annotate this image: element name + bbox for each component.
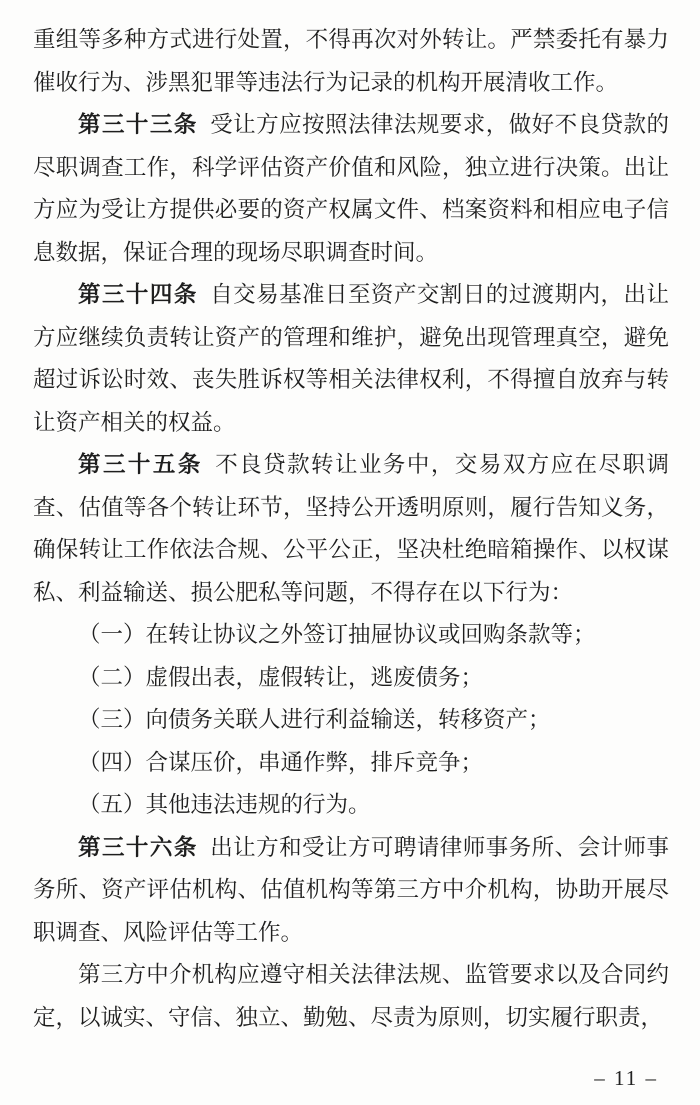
document-body: 重组等多种方式进行处置，不得再次对外转让。严禁委托有暴力催收行为、涉黑犯罪等违法… [33,19,669,1039]
paragraph-article-34: 第三十四条自交易基准日至资产交割日的过渡期内，出让方应继续负责转让资产的管理和维… [33,274,669,444]
article-number-35: 第三十五条 [78,452,203,477]
paragraph-third-party: 第三方中介机构应遵守相关法律法规、监管要求以及合同约定，以诚实、守信、独立、勤勉… [33,954,669,1039]
article-number-34: 第三十四条 [78,282,198,307]
list-item-5: （五）其他违法违规的行为。 [33,784,669,827]
page-number: – 11 – [594,1066,658,1091]
list-item-2: （二）虚假出表，虚假转让，逃废债务； [33,657,669,700]
list-item-4: （四）合谋压价，串通作弊，排斥竞争； [33,742,669,785]
article-number-33: 第三十三条 [78,112,198,137]
article-number-36: 第三十六条 [78,835,198,860]
list-item-1: （一）在转让协议之外签订抽屉协议或回购条款等； [33,614,669,657]
paragraph-article-36: 第三十六条出让方和受让方可聘请律师事务所、会计师事务所、资产评估机构、估值机构等… [33,827,669,955]
list-item-3: （三）向债务关联人进行利益输送，转移资产； [33,699,669,742]
document-page: 重组等多种方式进行处置，不得再次对外转让。严禁委托有暴力催收行为、涉黑犯罪等违法… [0,0,700,1105]
paragraph-continuation: 重组等多种方式进行处置，不得再次对外转让。严禁委托有暴力催收行为、涉黑犯罪等违法… [33,19,669,104]
paragraph-article-35: 第三十五条不良贷款转让业务中，交易双方应在尽职调查、估值等各个转让环节，坚持公开… [33,444,669,614]
paragraph-article-33: 第三十三条受让方应按照法律法规要求，做好不良贷款的尽职调查工作，科学评估资产价值… [33,104,669,274]
